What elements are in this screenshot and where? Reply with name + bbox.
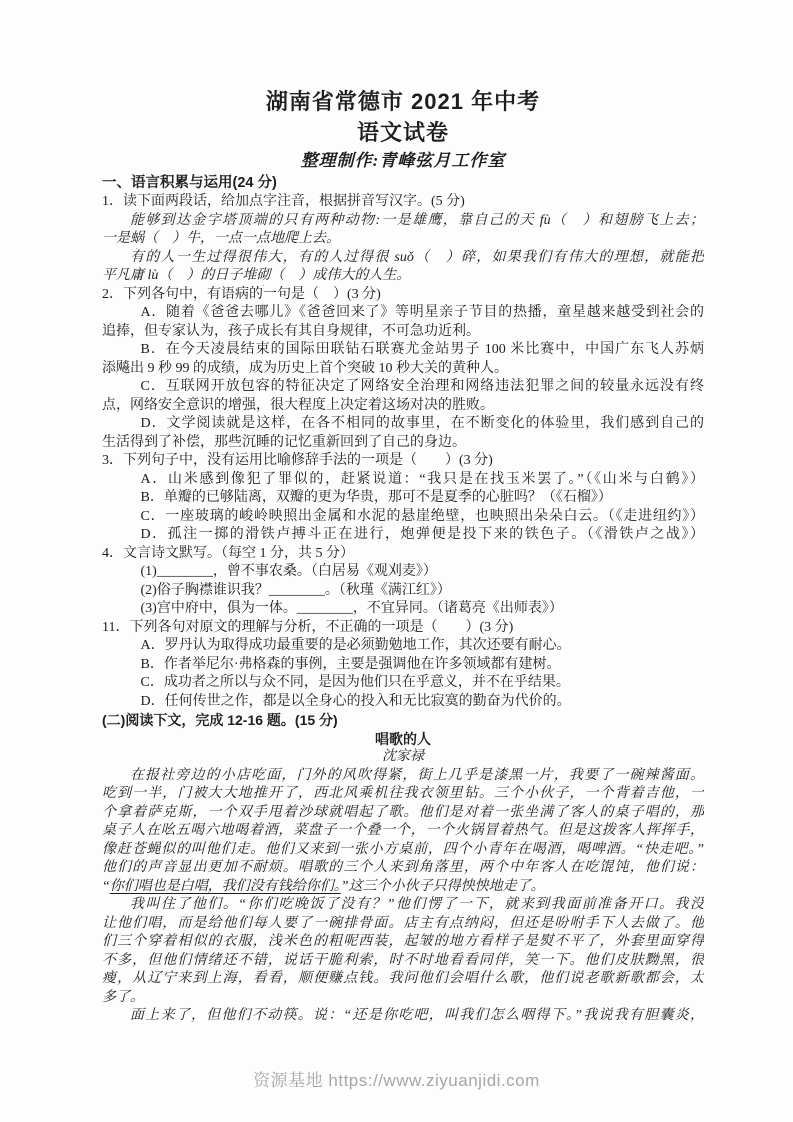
passage-segment: （ ）牛，一点一点地爬上去。: [144, 231, 340, 246]
option-line: B．单瓣的已够陆离，双瓣的更为华贵，那可不是夏季的心脏吗？（《石榴》）: [102, 489, 704, 508]
passage-segment: 平凡庸 lù（ ）的日子堆: [102, 268, 256, 283]
essay-author: 沈家禄: [102, 748, 704, 767]
passage-segment: 这三个小伙子只得: [349, 879, 461, 894]
essay-title: 唱歌的人: [102, 730, 704, 749]
option-line: D．任何传世之作，都是以全身心的投入和无比寂寞的勤奋为代价的。: [102, 693, 704, 712]
passage-line: 平凡庸 lù（ ）的日子堆砌（ ）成伟大的人生。: [102, 267, 704, 286]
option-line: 追捧，但专家认为，孩子成长有其自身规律，不可急功近利。: [102, 323, 704, 342]
dotted-character: 砌: [256, 268, 270, 283]
passage-line: 多了。: [102, 989, 704, 1008]
footer-watermark: 资源基地 https://www.ziyuanjidi.com: [0, 1066, 793, 1091]
section-heading: 一、语言积累与运用(24 分): [102, 173, 704, 193]
passage-segment: 地走了。: [489, 879, 545, 894]
underlined-sentence: 你们唱也是白唱，我们没有钱给你们。: [110, 879, 341, 894]
passage-line: 吃到一半，门被大大地推开了，西北风乘机往我衣领里钻。三个小伙子，一个背着吉他，一: [102, 785, 704, 804]
passage-line: 我叫住了他们。“你们吃晚饭了没有？”他们愣了一下，就来到我面前准备开口。我没: [102, 896, 704, 915]
question-stem: 3．下列句子中，没有运用比喻修辞手法的一项是（ ）(3 分): [102, 452, 704, 471]
option-line: A．罗丹认为取得成功最重要的是必须勤勉地工作，其次还要有耐心。: [102, 637, 704, 656]
passage-line: 像赶苍蝇似的叫他们走。他们又来到一张小方桌前，四个小青年在喝酒，喝啤酒。“快走吧…: [102, 841, 704, 860]
option-line: D．孤注一掷的滑铁卢搏斗正在进行，炮弹便是投下来的铁色子。（《滑铁卢之战》）: [102, 526, 704, 545]
exam-paper-page: 湖南省常德市 2021 年中考 语文试卷 整理制作:青峰弦月工作室 一、语言积累…: [0, 0, 793, 1122]
option-line: 点，网络安全意识的增强，很大程度上决定着这场对决的胜败。: [102, 397, 704, 416]
passage-line: 面上来了，但他们不动筷。说：“还是你吃吧，叫我们怎么咽得下。”我说我有胆囊炎，: [102, 1007, 704, 1026]
passage-line: 他们的声音显出更加不耐烦。唱歌的三个人来到角落里，两个中年客人在吃馄饨，他们说：: [102, 859, 704, 878]
passage-line: 们三个穿着相似的衣服，浅米色的粗呢西装，起皱的地方看样子是熨不平了，外套里面穿得: [102, 933, 704, 952]
option-line: A．山米感到像犯了罪似的，赶紧说道：“我只是在找玉米罢了。”（《山米与白鹤》）: [102, 471, 704, 490]
section-heading: (二)阅读下文，完成 12-16 题。(15 分): [102, 711, 704, 730]
blank-item-line: (3)宫中府中，俱为一体。________，不宜异同。（诸葛亮《出师表》）: [102, 600, 704, 619]
passage-line: 一是蜗（ ）牛，一点一点地爬上去。: [102, 230, 704, 249]
paper-title: 语文试卷: [102, 117, 704, 148]
option-line: C．一座玻璃的峻岭映照出金属和水泥的悬崖绝壁，也映照出朵朵白云。（《走进纽约》）: [102, 508, 704, 527]
passage-line: 让他们唱，而是给他们每人要了一碗排骨面。店主有点纳闷，但还是吩咐手下人去做了。他: [102, 915, 704, 934]
exam-title: 湖南省常德市 2021 年中考: [102, 86, 704, 117]
passage-line: 能够到达金字塔顶端的只有两种动物:一是雄鹰，靠自己的天 fù（ ）和翅膀飞上去；: [102, 212, 704, 231]
option-line: D．文学阅读就是这样，在各不相同的故事里，在不断变化的体验里，我们感到自己的: [102, 415, 704, 434]
option-line: A．随着《爸爸去哪儿》《爸爸回来了》等明星亲子节目的热播，童星越来越受到社会的: [102, 304, 704, 323]
credit-line: 整理制作:青峰弦月工作室: [102, 148, 704, 173]
passage-line: 个拿着萨克斯，一个双手甩着沙球就唱起了歌。他们是对着一张坐满了客人的桌子唱的，那: [102, 804, 704, 823]
passage-line: 有的人一生过得很伟大，有的人过得很 suǒ（ ）碎，如果我们有伟大的理想，就能把: [102, 249, 704, 268]
dotted-character: 蜗: [130, 231, 144, 246]
dotted-characters: 怏怏: [461, 879, 489, 894]
option-line: 添飚出 9 秒 99 的成绩，成为历史上首个突破 10 秒大关的黄种人。: [102, 360, 704, 379]
option-line: C．互联网开放包容的特征决定了网络安全治理和网络违法犯罪之间的较量永远没有终: [102, 378, 704, 397]
question-stem: 2．下列各句中，有语病的一句是（ ）(3 分): [102, 286, 704, 305]
passage-line: 瘦，从辽宁来到上海，看看，顺便赚点钱。我问他们会唱什么歌，他们说老歌新歌都会，太: [102, 970, 704, 989]
passage-line: 桌子人在吆五喝六地喝着酒，菜盘子一个叠一个，一个火锅冒着热气。但是这拨客人挥挥手…: [102, 822, 704, 841]
blank-item-line: (1)________，曾不事农桑。（白居易《观刈麦》）: [102, 563, 704, 582]
quote-mark: “: [102, 879, 110, 894]
blank-item-line: (2)俗子胸襟谁识我？________。（秋瑾《满江红》）: [102, 582, 704, 601]
option-line: 生活得到了补偿，那些沉睡的记忆重新回到了自己的身边。: [102, 434, 704, 453]
quote-mark: ”: [341, 879, 349, 894]
passage-line: “你们唱也是白唱，我们没有钱给你们。”这三个小伙子只得怏怏地走了。: [102, 878, 704, 897]
option-line: B．在今天凌晨结束的国际田联钻石联赛尤金站男子 100 米比赛中，中国广东飞人苏…: [102, 341, 704, 360]
passage-line: 在报社旁边的小店吃面，门外的风吹得紧，街上几乎是漆黑一片，我要了一碗辣酱面。: [102, 767, 704, 786]
option-line: C．成功者之所以与众不同，是因为他们只在乎意义，并不在乎结果。: [102, 674, 704, 693]
passage-segment: （ ）成伟大的人生。: [270, 268, 410, 283]
document-body: 湖南省常德市 2021 年中考 语文试卷 整理制作:青峰弦月工作室 一、语言积累…: [0, 0, 793, 1026]
passage-segment: 一是: [102, 231, 130, 246]
question-stem: 4．文言诗文默写。（每空 1 分，共 5 分）: [102, 545, 704, 564]
option-line: B．作者举尼尔·弗格森的事例，主要是强调他在许多领域都有建树。: [102, 656, 704, 675]
question-stem: 11．下列各句对原文的理解与分析，不正确的一项是（ ）(3 分): [102, 619, 704, 638]
question-stem: 1．读下面两段话，给加点字注音，根据拼音写汉字。(5 分): [102, 193, 704, 212]
passage-line: 不多，但他们情绪还不错，说话干脆利索，时不时地看看同伴，笑一下。他们皮肤黝黑，很: [102, 952, 704, 971]
